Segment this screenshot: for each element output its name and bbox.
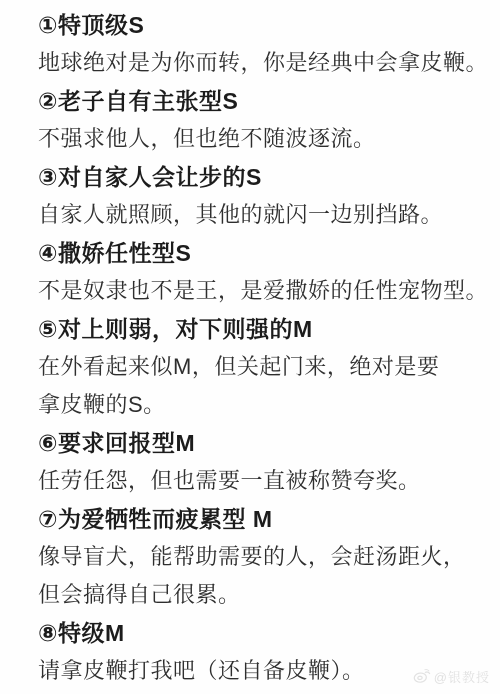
item-title: ②老子自有主张型S	[38, 82, 472, 120]
list-item: ⑤对上则弱，对下则强的M 在外看起来似M，但关起门来，绝对是要拿皮鞭的S。	[38, 310, 472, 424]
list-item: ①特顶级S 地球绝对是为你而转，你是经典中会拿皮鞭。	[38, 6, 472, 82]
item-text-line: 但会搞得自己很累。	[38, 576, 472, 614]
item-text-line: 在外看起来似M，但关起门来，绝对是要	[38, 348, 472, 386]
list-item: ⑧特级M 请拿皮鞭打我吧（还自备皮鞭）。	[38, 614, 472, 690]
item-text-line: 不是奴隶也不是王，是爱撒娇的任性宠物型。	[38, 272, 472, 310]
list-item: ⑥要求回报型M 任劳任怨，但也需要一直被称赞夸奖。	[38, 424, 472, 500]
item-text-line: 不强求他人，但也绝不随波逐流。	[38, 120, 472, 158]
item-text-line: 自家人就照顾，其他的就闪一边别挡路。	[38, 196, 472, 234]
page: ①特顶级S 地球绝对是为你而转，你是经典中会拿皮鞭。 ②老子自有主张型S 不强求…	[0, 0, 500, 694]
item-title: ⑧特级M	[38, 614, 472, 652]
item-title: ⑦为爱牺牲而疲累型 M	[38, 500, 472, 538]
item-text-line: 拿皮鞭的S。	[38, 386, 472, 424]
item-title: ⑥要求回报型M	[38, 424, 472, 462]
list-item: ②老子自有主张型S 不强求他人，但也绝不随波逐流。	[38, 82, 472, 158]
item-text-line: 任劳任怨，但也需要一直被称赞夸奖。	[38, 462, 472, 500]
item-title: ④撒娇任性型S	[38, 234, 472, 272]
item-title: ③对自家人会让步的S	[38, 158, 472, 196]
item-text-line: 地球绝对是为你而转，你是经典中会拿皮鞭。	[38, 44, 472, 82]
item-title: ⑤对上则弱，对下则强的M	[38, 310, 472, 348]
watermark: @银教授	[413, 667, 490, 686]
weibo-logo-icon	[413, 669, 431, 684]
list-item: ⑦为爱牺牲而疲累型 M 像导盲犬，能帮助需要的人，会赶汤距火，但会搞得自己很累。	[38, 500, 472, 614]
list-item: ④撒娇任性型S 不是奴隶也不是王，是爱撒娇的任性宠物型。	[38, 234, 472, 310]
list-item: ③对自家人会让步的S 自家人就照顾，其他的就闪一边别挡路。	[38, 158, 472, 234]
item-title: ①特顶级S	[38, 6, 472, 44]
item-text-line: 请拿皮鞭打我吧（还自备皮鞭）。	[38, 652, 472, 690]
type-list: ①特顶级S 地球绝对是为你而转，你是经典中会拿皮鞭。 ②老子自有主张型S 不强求…	[0, 0, 500, 690]
watermark-text: @银教授	[434, 667, 490, 686]
item-text-line: 像导盲犬，能帮助需要的人，会赶汤距火，	[38, 538, 472, 576]
